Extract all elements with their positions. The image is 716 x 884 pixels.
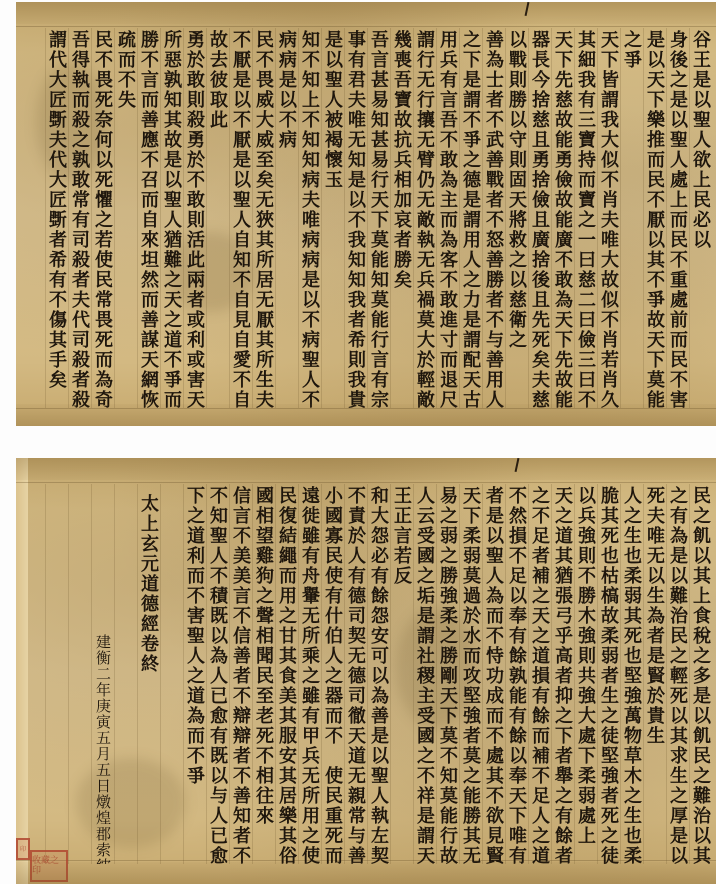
text-column: 谷王是以聖人欲上民必以 xyxy=(689,28,712,408)
text-column: 民復結繩而用之甘其食美其服安其居樂其俗鄰 xyxy=(275,484,298,864)
colophon-column: 建衡二年庚寅五月五日燉煌郡索紞寫已 xyxy=(91,484,114,864)
text-column: 身後之是以聖人處上而民不重處前而民不害 xyxy=(666,28,689,408)
text-column: 易之弱之勝強柔之勝剛天下莫不知莫能行故聖 xyxy=(436,484,459,864)
text-column: 故去彼取此 xyxy=(206,28,229,408)
text-column: 遠徙雖有舟轝无所乘之雖有甲兵无所用之使 xyxy=(298,484,321,864)
text-column: 用兵有言吾不敢為主而為客不敢進寸而退尺是 xyxy=(436,28,459,408)
manuscript-page: 谷王是以聖人欲上民必以 身後之是以聖人處上而民不重處前而民不害 是以天下樂推而民… xyxy=(0,0,716,884)
text-column: 器長今捨慈且勇捨儉且廣捨後且先死矣夫慈 xyxy=(528,28,551,408)
scroll-section-top: 谷王是以聖人欲上民必以 身後之是以聖人處上而民不重處前而民不害 是以天下樂推而民… xyxy=(16,2,716,426)
text-column: 脆其死也枯槁故柔弱者生之徒堅強者死之徒是 xyxy=(597,484,620,864)
scroll-mount-edge xyxy=(16,458,28,884)
text-column: 是以聖人被褐懷玉 xyxy=(321,28,344,408)
text-column: 以兵強則不勝木強則共強大處下柔弱處上 xyxy=(574,484,597,864)
text-column: 民不畏死奈何以死懼之若使民常畏死而為奇者 xyxy=(91,28,114,408)
text-column: 幾喪吾寶故抗兵相加哀者勝矣 xyxy=(390,28,413,408)
text-column: 之爭 xyxy=(620,28,643,408)
text-column: 不然損不足以奉有餘孰能有餘以奉天下唯有道 xyxy=(505,484,528,864)
text-column: 者是以聖人為而不恃功成而不處其不欲見賢 xyxy=(482,484,505,864)
text-column: 天之道其猶張弓乎高者抑之下者舉之有餘者損 xyxy=(551,484,574,864)
paper-bottom-edge xyxy=(16,404,716,426)
text-column: 信言不美美言不信善者不辯辯者不善知者不博博者 xyxy=(229,484,252,864)
text-column: 下之道利而不害聖人之道為而不爭 xyxy=(183,484,206,864)
blank-column xyxy=(114,484,137,864)
text-columns: 民之飢以其上食稅之多是以飢民之難治以其上 之有為是以難治民之輕死以其求生之厚是以… xyxy=(45,484,712,864)
text-column: 小國寡民使有什伯人之器而不 使民重死而不 xyxy=(321,484,344,864)
text-column: 天下先慈故能勇儉故能廣不敢為天下先故能成 xyxy=(551,28,574,408)
text-column: 以戰則勝以守則固天將救之以慈衛之 xyxy=(505,28,528,408)
text-columns: 谷王是以聖人欲上民必以 身後之是以聖人處上而民不重處前而民不害 是以天下樂推而民… xyxy=(45,28,712,408)
text-column: 人之生也柔弱其死也堅強萬物草木之生也柔 xyxy=(620,484,643,864)
upper-rule-line xyxy=(16,482,716,483)
paper-top-edge xyxy=(16,2,716,24)
text-column: 所惡孰知其故是以聖人猶難之天之道不爭而善 xyxy=(160,28,183,408)
text-column: 不厭是以不厭是以聖人自知不自見自愛不自貴 xyxy=(229,28,252,408)
text-column: 天下皆謂我大似不肖夫唯大故似不肖若肖久矣 xyxy=(597,28,620,408)
scroll-section-bottom: 民之飢以其上食稅之多是以飢民之難治以其上 之有為是以難治民之輕死以其求生之厚是以… xyxy=(16,458,716,884)
text-column: 其細我有三寶持而寶之一曰慈二曰儉三曰不敢為 xyxy=(574,28,597,408)
text-column: 國相望雞狗之聲相聞民至老死不相往來 xyxy=(252,484,275,864)
text-column: 吾得執而殺之孰敢常有司殺者夫代司殺者殺是 xyxy=(68,28,91,408)
small-seal-stamp: 印 xyxy=(16,838,30,860)
text-column: 勝不言而善應不召而自來坦然而善謀天網恢恢 xyxy=(137,28,160,408)
text-column: 人云受國之垢是謂社稷主受國之不祥是謂天下 xyxy=(413,484,436,864)
text-column: 之下是謂不爭之德是謂用人之力是謂配天古之極 xyxy=(459,28,482,408)
text-column: 和大怨必有餘怨安可以為善是以聖人執左契而 xyxy=(367,484,390,864)
text-column: 王正言若反 xyxy=(390,484,413,864)
scroll-title-column: 太上玄元道德經卷終 xyxy=(137,484,160,864)
paper-bottom-edge xyxy=(16,862,716,884)
text-column: 死夫唯无以生為者是賢於貴生 xyxy=(643,484,666,864)
text-column: 民不畏威大威至矣无狹其所居无厭其所生夫唯 xyxy=(252,28,275,408)
text-column: 善為士者不武善戰者不怒善勝者不与善用人者為 xyxy=(482,28,505,408)
text-column: 病病是以不病 xyxy=(275,28,298,408)
text-column: 知不知上不知知病夫唯病病是以不病聖人不病以其 xyxy=(298,28,321,408)
blank-column xyxy=(45,484,68,864)
blank-column xyxy=(68,484,91,864)
text-column: 事有君夫唯无知是以不我知知我者希則我貴矣 xyxy=(344,28,367,408)
text-column: 之有為是以難治民之輕死以其求生之厚是以輕 xyxy=(666,484,689,864)
text-column: 不知聖人不積既以為人已愈有既以与人已愈多天 xyxy=(206,484,229,864)
blank-column xyxy=(160,484,183,864)
upper-rule-line xyxy=(16,26,716,27)
text-column: 謂代大匠斲夫代大匠斲者希有不傷其手矣 xyxy=(45,28,68,408)
text-column: 勇於敢則殺勇於不敢則活此兩者或利或害天之 xyxy=(183,28,206,408)
paper-top-edge xyxy=(16,458,716,480)
text-column: 是以天下樂推而民不厭以其不爭故天下莫能与 xyxy=(643,28,666,408)
text-column: 吾言甚易知甚易行天下莫能知莫能行言有宗 xyxy=(367,28,390,408)
text-column: 之不足者補之天之道損有餘而補不足人之道則 xyxy=(528,484,551,864)
text-column: 民之飢以其上食稅之多是以飢民之難治以其上 xyxy=(689,484,712,864)
text-column: 疏而不失 xyxy=(114,28,137,408)
text-column: 謂行无行攘无臂仍无敵執无兵禍莫大於輕敵 xyxy=(413,28,436,408)
text-column: 不責於人有德司契无德司徹天道无親常与善人 xyxy=(344,484,367,864)
text-column: 天下柔弱莫過於水而攻堅強者莫之能勝其无以 xyxy=(459,484,482,864)
